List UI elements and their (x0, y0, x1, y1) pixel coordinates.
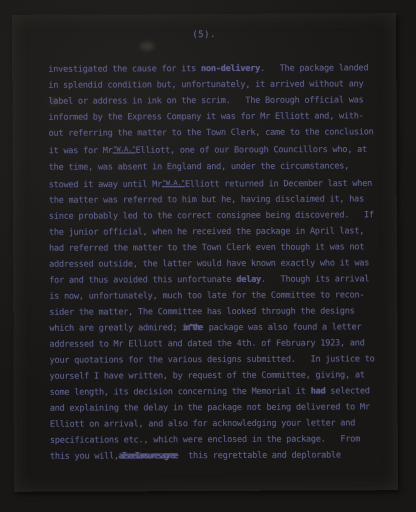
typed-line: for and thus avoided this unfortunate de… (49, 271, 375, 288)
typed-line: the matter was referred to him but he, h… (49, 191, 375, 208)
typed-line: which are greatly admired; in"the packag… (49, 319, 375, 336)
typed-line: informed by the Express Company it was f… (48, 108, 374, 125)
typed-line: the time, was absent in England and, und… (49, 158, 375, 175)
photo-background: (5). investigated the cause for its non-… (0, 0, 416, 512)
typed-line: label or address in ink on the scrim. Th… (48, 92, 374, 109)
typed-word-emphasis: in"the (182, 320, 201, 336)
typed-line: out referring the matter to the Town Cle… (48, 124, 374, 141)
typed-line: is now, unfortunately, much too late for… (49, 287, 375, 304)
typed-line: Elliott on arrival, and also for acknowl… (50, 415, 376, 432)
typed-word-emphasis: "W.A." (113, 145, 136, 153)
typed-word-emphasis: aIseeIamsuresagree (119, 448, 177, 464)
typed-line: investigated the cause for its non-deliv… (48, 60, 374, 77)
typed-word-emphasis: had (311, 386, 326, 396)
typed-line: it was for Mr"W.A."Elliott, one of our B… (49, 140, 375, 159)
typed-line: stowed it away until Mr"W.A."Elliott ret… (49, 174, 375, 193)
typed-line: in splendid condition but, unfortunately… (48, 76, 374, 93)
paper-smudge (140, 42, 154, 50)
typed-line: and explaining the delay in the package … (50, 399, 376, 416)
typed-word-emphasis: non-delivery (201, 64, 260, 74)
typed-line: this you will,aIseeIamsuresagree this re… (50, 447, 376, 464)
typed-line: had referred the matter to the Town Cler… (49, 239, 375, 256)
typed-line: addressed to Mr Elliott and dated the 4t… (49, 335, 375, 352)
typed-word-emphasis: "W.A." (162, 179, 185, 187)
typed-line: your quotations for the various designs … (49, 351, 375, 368)
typed-line: sider the matter, The Committee has look… (49, 303, 375, 320)
typed-line: addressed outside, the latter would have… (49, 255, 375, 272)
document-page: (5). investigated the cause for its non-… (12, 13, 398, 492)
typed-line: since probably led to the correct consig… (49, 207, 375, 224)
page-number: (5). (12, 29, 396, 41)
typed-line: the junior official, when he received th… (49, 223, 375, 240)
typed-word-emphasis: delay (236, 275, 261, 285)
typed-line: some length, its decision concerning the… (50, 383, 376, 400)
typed-line: yourself I have written, by request of t… (50, 367, 376, 384)
typed-line: specifications etc., which were enclosed… (50, 431, 376, 448)
body-text: investigated the cause for its non-deliv… (48, 60, 376, 464)
